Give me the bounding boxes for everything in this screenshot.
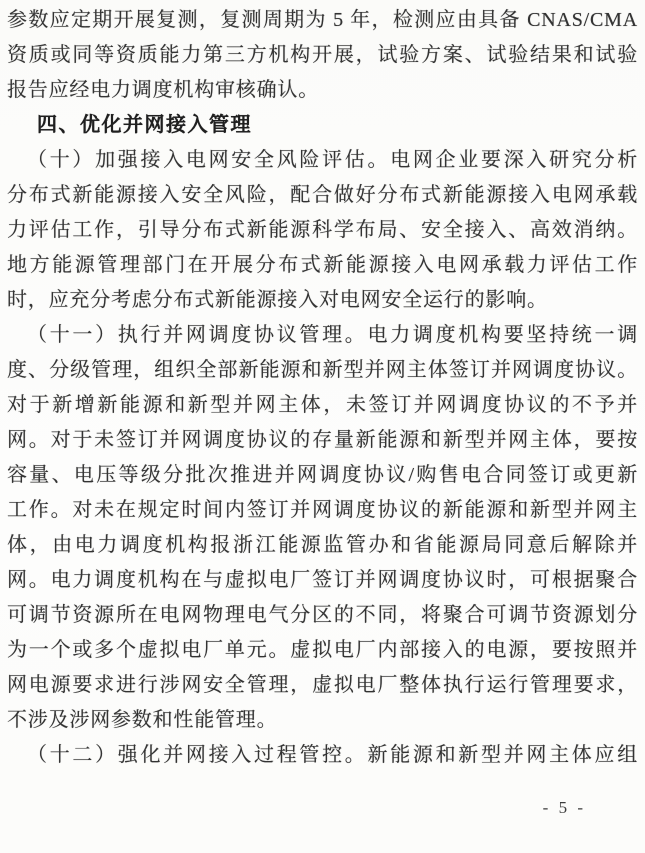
doc-line: 可调节资源所在电网物理电气分区的不同，将聚合可调节资源划分 [7, 598, 638, 633]
doc-line: 对于新增新能源和新型并网主体，未签订并网调度协议的不予并 [7, 388, 638, 423]
doc-line: 工作。对未在规定时间内签订并网调度协议的新能源和新型并网主 [7, 493, 638, 528]
doc-line: 不涉及涉网参数和性能管理。 [7, 703, 638, 738]
doc-line: 网。电力调度机构在与虚拟电厂签订并网调度协议时，可根据聚合 [7, 563, 638, 598]
doc-line: 地方能源管理部门在开展分布式新能源接入电网承载力评估工作 [7, 248, 638, 283]
doc-line: 度、分级管理，组织全部新能源和新型并网主体签订并网调度协议。 [7, 353, 638, 388]
doc-line: 分布式新能源接入安全风险，配合做好分布式新能源接入电网承载 [7, 178, 638, 213]
doc-line: 网。对于未签订并网调度协议的存量新能源和新型并网主体，要按 [7, 423, 638, 458]
doc-line: 体，由电力调度机构报浙江能源监管办和省能源局同意后解除并 [7, 528, 638, 563]
doc-line: 报告应经电力调度机构审核确认。 [7, 73, 638, 108]
section-heading: 四、优化并网接入管理 [7, 108, 638, 143]
doc-line: （十二）强化并网接入过程管控。新能源和新型并网主体应组 [7, 738, 638, 773]
doc-line: 资质或同等资质能力第三方机构开展，试验方案、试验结果和试验 [7, 38, 638, 73]
doc-line: 力评估工作，引导分布式新能源科学布局、安全接入、高效消纳。 [7, 213, 638, 248]
doc-line: （十）加强接入电网安全风险评估。电网企业要深入研究分析 [7, 143, 638, 178]
doc-line: 为一个或多个虚拟电厂单元。虚拟电厂内部接入的电源，要按照并 [7, 633, 638, 668]
page-number: - 5 - [7, 798, 638, 818]
document-page: 参数应定期开展复测，复测周期为 5 年，检测应由具备 CNAS/CMA 资质或同… [0, 0, 645, 853]
doc-line: 时，应充分考虑分布式新能源接入对电网安全运行的影响。 [7, 283, 638, 318]
doc-line: 网电源要求进行涉网安全管理，虚拟电厂整体执行运行管理要求， [7, 668, 638, 703]
doc-line: （十一）执行并网调度协议管理。电力调度机构要坚持统一调 [7, 318, 638, 353]
doc-line: 参数应定期开展复测，复测周期为 5 年，检测应由具备 CNAS/CMA [7, 3, 638, 38]
doc-line: 容量、电压等级分批次推进并网调度协议/购售电合同签订或更新 [7, 458, 638, 493]
document-body: 参数应定期开展复测，复测周期为 5 年，检测应由具备 CNAS/CMA 资质或同… [7, 3, 638, 773]
